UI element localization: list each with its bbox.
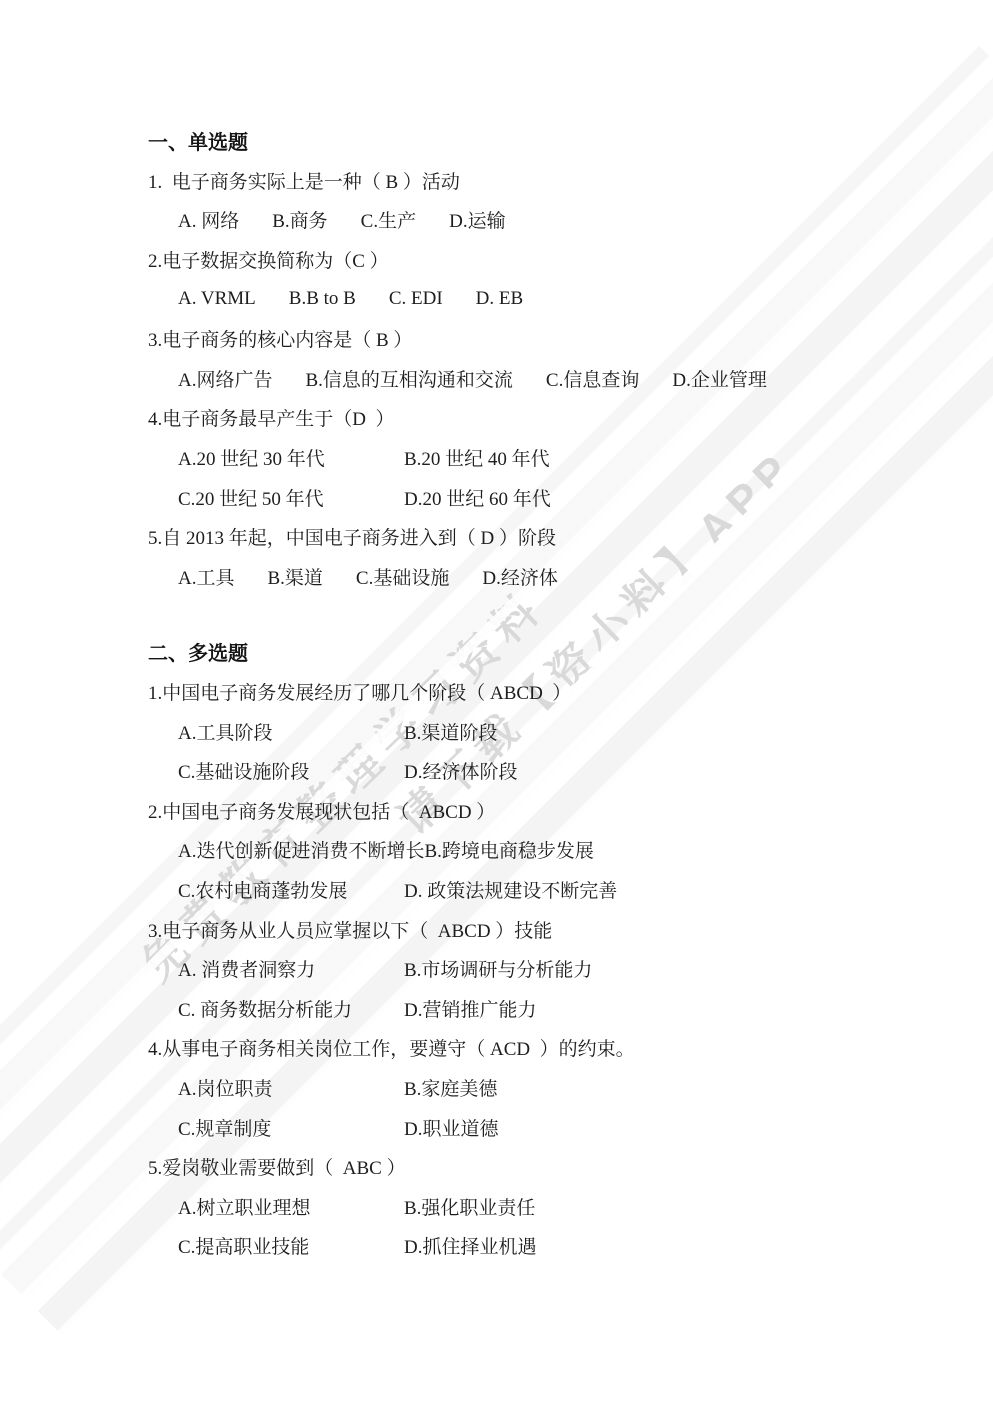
option: D. 政策法规建设不断完善 (404, 876, 630, 903)
option: C.信息查询 (546, 365, 639, 392)
option: C.农村电商蓬勃发展 (178, 876, 404, 903)
option-rows: A. 网络B.商务C.生产D.运输 (148, 200, 943, 240)
option: C.提高职业技能 (178, 1232, 404, 1259)
question-text: 2.电子数据交换简称为（C ） (148, 240, 943, 280)
question-text: 1.中国电子商务发展经历了哪几个阶段（ ABCD ） (148, 672, 943, 712)
question-text: 2.中国电子商务发展现状包括（ ABCD ） (148, 791, 943, 831)
option: A.迭代创新促进消费不断增长 (178, 836, 424, 863)
option-row: C.农村电商蓬勃发展D. 政策法规建设不断完善 (148, 870, 943, 910)
question-block: 4.从事电子商务相关岗位工作，要遵守（ ACD ）的约束。 A.岗位职责B.家庭… (148, 1028, 943, 1147)
question-block: 3.电子商务的核心内容是（ B ） A.网络广告B.信息的互相沟通和交流C.信息… (148, 319, 943, 398)
option: A.网络广告 (178, 365, 272, 392)
option-rows: A.树立职业理想B.强化职业责任C.提高职业技能D.抓住择业机遇 (148, 1186, 943, 1265)
option-rows: A.网络广告B.信息的互相沟通和交流C.信息查询D.企业管理 (148, 359, 943, 399)
option: D.职业道德 (404, 1114, 630, 1141)
option: C. 商务数据分析能力 (178, 995, 404, 1022)
option: C.基础设施 (356, 563, 449, 590)
question-list: 1. 电子商务实际上是一种（ B ）活动 A. 网络B.商务C.生产D.运输 2… (148, 161, 943, 597)
option-row: A.网络广告B.信息的互相沟通和交流C.信息查询D.企业管理 (148, 359, 943, 399)
question-text: 4.从事电子商务相关岗位工作，要遵守（ ACD ）的约束。 (148, 1028, 943, 1068)
option: C.生产 (361, 206, 416, 233)
option: D.营销推广能力 (404, 995, 630, 1022)
document-content: 一、单选题 1. 电子商务实际上是一种（ B ）活动 A. 网络B.商务C.生产… (148, 121, 943, 1266)
option: D.企业管理 (672, 365, 766, 392)
option: C. EDI (389, 288, 443, 310)
option: B.20 世纪 40 年代 (404, 444, 630, 471)
question-list: 1.中国电子商务发展经历了哪几个阶段（ ABCD ） A.工具阶段B.渠道阶段C… (148, 672, 943, 1266)
option: D.20 世纪 60 年代 (404, 484, 630, 511)
option: B.强化职业责任 (404, 1193, 630, 1220)
option: D.经济体 (482, 563, 557, 590)
option: B.商务 (272, 206, 327, 233)
question-section: 二、多选题 1.中国电子商务发展经历了哪几个阶段（ ABCD ） A.工具阶段B… (148, 632, 943, 1266)
option: B.跨境电商稳步发展 (424, 836, 650, 863)
option: A. 消费者洞察力 (178, 955, 404, 982)
option: A.岗位职责 (178, 1074, 404, 1101)
question-block: 2.电子数据交换简称为（C ） A. VRMLB.B to BC. EDID. … (148, 240, 943, 319)
option: B.渠道阶段 (404, 718, 630, 745)
question-block: 1.中国电子商务发展经历了哪几个阶段（ ABCD ） A.工具阶段B.渠道阶段C… (148, 672, 943, 791)
option: C.规章制度 (178, 1114, 404, 1141)
option: A. VRML (178, 288, 256, 310)
question-text: 3.电子商务的核心内容是（ B ） (148, 319, 943, 359)
question-text: 3.电子商务从业人员应掌握以下（ ABCD ）技能 (148, 909, 943, 949)
option: B.渠道 (267, 563, 322, 590)
option: C.基础设施阶段 (178, 757, 404, 784)
question-text: 5.爱岗敬业需要做到（ ABC ） (148, 1147, 943, 1187)
section-heading: 一、单选题 (148, 121, 943, 161)
option: A.工具 (178, 563, 234, 590)
option-row: A.工具B.渠道C.基础设施D.经济体 (148, 557, 943, 597)
option: B.市场调研与分析能力 (404, 955, 630, 982)
option-row: A. 消费者洞察力B.市场调研与分析能力 (148, 949, 943, 989)
option-row: C.20 世纪 50 年代D.20 世纪 60 年代 (148, 477, 943, 517)
option-row: A.工具阶段B.渠道阶段 (148, 711, 943, 751)
question-text: 4.电子商务最早产生于（D ） (148, 398, 943, 438)
option: D.经济体阶段 (404, 757, 630, 784)
option-rows: A. VRMLB.B to BC. EDID. EB (148, 279, 943, 319)
question-text: 5.自 2013 年起，中国电子商务进入到（ D ）阶段 (148, 517, 943, 557)
option-row: C.提高职业技能D.抓住择业机遇 (148, 1226, 943, 1266)
option: A.树立职业理想 (178, 1193, 404, 1220)
question-section: 一、单选题 1. 电子商务实际上是一种（ B ）活动 A. 网络B.商务C.生产… (148, 121, 943, 596)
option-rows: A. 消费者洞察力B.市场调研与分析能力C. 商务数据分析能力D.营销推广能力 (148, 949, 943, 1028)
option-rows: A.迭代创新促进消费不断增长B.跨境电商稳步发展C.农村电商蓬勃发展D. 政策法… (148, 830, 943, 909)
option: B.B to B (289, 288, 356, 310)
option: A.工具阶段 (178, 718, 404, 745)
question-block: 1. 电子商务实际上是一种（ B ）活动 A. 网络B.商务C.生产D.运输 (148, 161, 943, 240)
option-rows: A.20 世纪 30 年代B.20 世纪 40 年代C.20 世纪 50 年代D… (148, 438, 943, 517)
question-text: 1. 电子商务实际上是一种（ B ）活动 (148, 161, 943, 201)
option-row: A.迭代创新促进消费不断增长B.跨境电商稳步发展 (148, 830, 943, 870)
option-rows: A.岗位职责B.家庭美德C.规章制度D.职业道德 (148, 1068, 943, 1147)
option: D. EB (476, 288, 524, 310)
question-block: 5.自 2013 年起，中国电子商务进入到（ D ）阶段 A.工具B.渠道C.基… (148, 517, 943, 596)
option-row: A. VRMLB.B to BC. EDID. EB (148, 279, 943, 319)
question-block: 3.电子商务从业人员应掌握以下（ ABCD ）技能 A. 消费者洞察力B.市场调… (148, 909, 943, 1028)
section-heading: 二、多选题 (148, 632, 943, 672)
option: D.抓住择业机遇 (404, 1232, 630, 1259)
option: B.家庭美德 (404, 1074, 630, 1101)
option: C.20 世纪 50 年代 (178, 484, 404, 511)
document-page: 免费教育整理学习资料 请下载【资小料】APP 一、单选题 1. 电子商务实际上是… (0, 0, 993, 1404)
option-row: A.岗位职责B.家庭美德 (148, 1068, 943, 1108)
question-block: 4.电子商务最早产生于（D ） A.20 世纪 30 年代B.20 世纪 40 … (148, 398, 943, 517)
option-row: C. 商务数据分析能力D.营销推广能力 (148, 988, 943, 1028)
question-block: 2.中国电子商务发展现状包括（ ABCD ） A.迭代创新促进消费不断增长B.跨… (148, 791, 943, 910)
option-row: C.基础设施阶段D.经济体阶段 (148, 751, 943, 791)
option-row: A. 网络B.商务C.生产D.运输 (148, 200, 943, 240)
option: B.信息的互相沟通和交流 (305, 365, 512, 392)
option-row: A.20 世纪 30 年代B.20 世纪 40 年代 (148, 438, 943, 478)
option-rows: A.工具B.渠道C.基础设施D.经济体 (148, 557, 943, 597)
option-rows: A.工具阶段B.渠道阶段C.基础设施阶段D.经济体阶段 (148, 711, 943, 790)
option-row: C.规章制度D.职业道德 (148, 1107, 943, 1147)
option-row: A.树立职业理想B.强化职业责任 (148, 1186, 943, 1226)
option: A.20 世纪 30 年代 (178, 444, 404, 471)
option: A. 网络 (178, 206, 239, 233)
option: D.运输 (449, 206, 505, 233)
question-block: 5.爱岗敬业需要做到（ ABC ） A.树立职业理想B.强化职业责任C.提高职业… (148, 1147, 943, 1266)
